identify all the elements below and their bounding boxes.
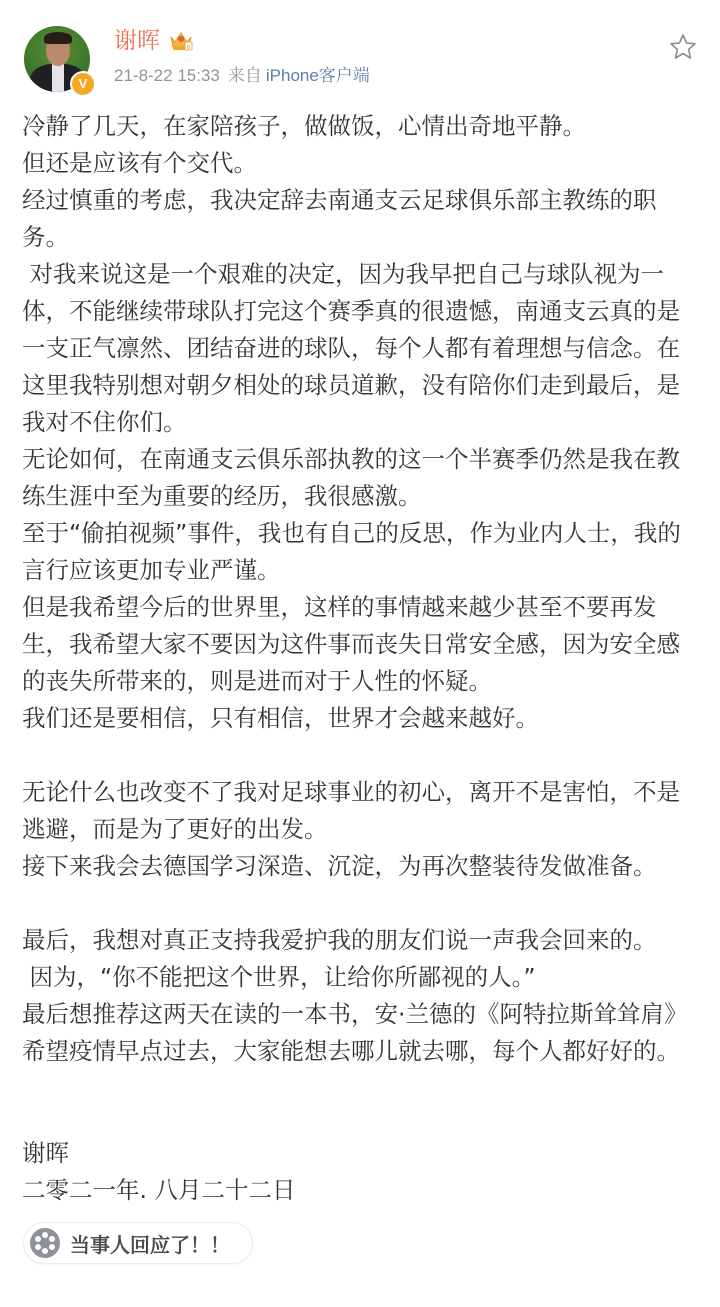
paragraph: 接下来我会去德国学习深造、沉淀，为再次整装待发做准备。 — [22, 848, 702, 885]
post-body: 冷静了几天，在家陪孩子，做做饭，心情出奇地平静。 但还是应该有个交代。 经过慎重… — [22, 108, 702, 1070]
avatar-hair — [44, 32, 72, 44]
paragraph: 无论什么也改变不了我对足球事业的初心，离开不是害怕，不是逃避，而是为了更好的出发… — [22, 774, 702, 848]
signature-name: 谢晖 — [22, 1135, 295, 1172]
topic-tag[interactable]: 当事人回应了！！ — [23, 1222, 253, 1264]
post-timestamp: 21-8-22 15:33 — [114, 66, 220, 85]
verified-badge-icon: V — [70, 71, 96, 97]
signature-block: 谢晖 二零二一年. 八月二十二日 — [22, 1135, 295, 1209]
post-header: V 谢晖 6 21-8-22 15:33来自iPhone客户端 — [0, 0, 720, 110]
avatar-shirt — [52, 64, 64, 92]
topic-icon — [30, 1228, 60, 1258]
paragraph: 对我来说这是一个艰难的决定，因为我早把自己与球队视为一体，不能继续带球队打完这个… — [22, 256, 702, 441]
paragraph: 最后，我想对真正支持我爱护我的朋友们说一声我会回来的。 — [22, 922, 702, 959]
topic-label: 当事人回应了！！ — [70, 1229, 230, 1258]
paragraph: 无论如何，在南通支云俱乐部执教的这一个半赛季仍然是我在教练生涯中至为重要的经历，… — [22, 441, 702, 515]
paragraph-spacer — [22, 737, 702, 774]
post-meta: 21-8-22 15:33来自iPhone客户端 — [114, 64, 370, 88]
paragraph-spacer — [22, 885, 702, 922]
paragraph: 因为，“你不能把这个世界，让给你所鄙视的人。” — [22, 959, 702, 996]
paragraph: 但是我希望今后的世界里，这样的事情越来越少甚至不要再发生，我希望大家不要因为这件… — [22, 589, 702, 700]
source-label: 来自 — [228, 66, 262, 85]
crown-icon[interactable]: 6 — [168, 28, 194, 52]
paragraph: 冷静了几天，在家陪孩子，做做饭，心情出奇地平静。 — [22, 108, 702, 145]
author-name[interactable]: 谢晖 — [114, 26, 160, 56]
paragraph: 但还是应该有个交代。 — [22, 145, 702, 182]
paragraph: 最后想推荐这两天在读的一本书，安·兰德的《阿特拉斯耸耸肩》 — [22, 996, 702, 1033]
signature-date: 二零二一年. 八月二十二日 — [22, 1172, 295, 1209]
paragraph: 我们还是要相信，只有相信，世界才会越来越好。 — [22, 700, 702, 737]
paragraph: 至于“偷拍视频”事件，我也有自己的反思，作为业内人士，我的言行应该更加专业严谨。 — [22, 515, 702, 589]
paragraph: 希望疫情早点过去，大家能想去哪儿就去哪，每个人都好好的。 — [22, 1033, 702, 1070]
star-outline-icon[interactable] — [668, 32, 698, 62]
source-link[interactable]: iPhone客户端 — [266, 66, 370, 85]
paragraph: 经过慎重的考虑，我决定辞去南通支云足球俱乐部主教练的职务。 — [22, 182, 702, 256]
